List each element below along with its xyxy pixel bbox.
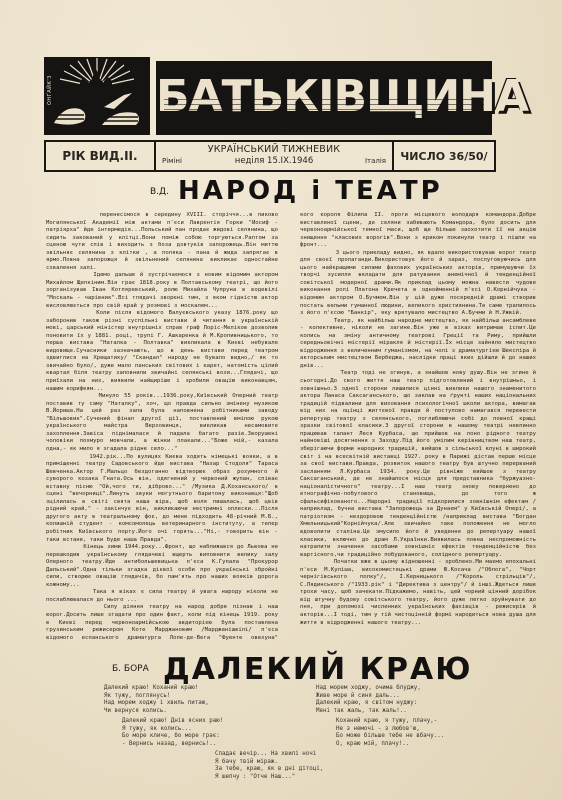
article-headline: НАРОД і ТЕАТР — [178, 176, 443, 206]
newspaper-title-box: БАТЬКІВЩИНА — [156, 61, 492, 135]
poem-line: Чи вернуся колись. — [104, 708, 209, 716]
poem-line: Мені так жаль, так жаль!.. — [316, 708, 421, 716]
article-paragraph: 1942.рік...По вулицях Києва ходять німец… — [46, 454, 278, 545]
poem-line: За тебе, краю, як в дні дітоці, — [215, 766, 323, 774]
masthead: ОНҐАЙК'З БАТЬКІВЩИНА — [44, 57, 492, 137]
poem-line: Далекий краю, я світом нуджу: — [316, 700, 421, 708]
poem-line: Коханий краю, я тужу, плачу,- — [336, 718, 444, 726]
poem-line: Бо море кличе, бо море грає: — [122, 733, 223, 741]
publication-country: Італія — [365, 157, 386, 165]
article-paragraph: Силу діяння театру на народ добре пізнав… — [46, 604, 278, 642]
poem-line: Над морем ходжу і хвиль питаю, — [104, 700, 209, 708]
article-paragraph: перенесімося в середину XVIII. сторіччя.… — [46, 212, 278, 272]
issue-info-bar: РІК ВИД.II. УКРАЇНСЬКИЙ ТИЖНЕВИК Рімінi … — [44, 140, 496, 172]
article-paragraph: Театр, як найбільш народне мистецтво, як… — [300, 318, 536, 371]
poem-stanza: Далекий краю! Коханий краю!Як тужу, погл… — [104, 685, 209, 715]
publication-subtitle: УКРАЇНСЬКИЙ ТИЖНЕВИК — [156, 144, 392, 155]
poem-stanza: Коханий краю, я тужу, плачу,-Не з немочі… — [336, 718, 444, 748]
poem-line: Бо може більше тебе не вбачу... — [336, 733, 444, 741]
article-paragraph: Коли після відомого Валуєвського указу 1… — [46, 310, 278, 393]
publication-year: РІК ВИД.II. — [46, 142, 156, 170]
poem-line: Далекий краю! Коханий краю! — [104, 685, 209, 693]
poem-line: Як тужу, поглянусь! — [104, 693, 209, 701]
article-paragraph: кого короля Філипа II. проти місцевого в… — [300, 212, 536, 250]
masthead-logo: ОНҐАЙК'З — [44, 57, 150, 135]
poem-line: Над морем ходжу, очима блуджу, — [316, 685, 421, 693]
poem-byline: Б. БОРА — [112, 664, 149, 674]
logo-signature: ОНҐАЙК'З — [47, 75, 53, 105]
article-paragraph: З цього прикладу видно, як вдало викорис… — [300, 250, 536, 318]
article-right-column: кого короля Філипа II. проти місцевого в… — [300, 212, 536, 642]
poem-line: О, краю мій, плачу!.. — [336, 741, 444, 749]
poem-headline: ДАЛЕКИЙ КРАЮ — [163, 652, 472, 687]
article-paragraph: Початки вже в цьому відношенні - зроблен… — [300, 559, 536, 627]
poem-stanza: Далекий краю! Днів ясних раю!Я тужу, як … — [122, 718, 223, 748]
newspaper-title: БАТЬКІВЩИНА — [156, 69, 492, 125]
sunrise-church-icon — [44, 57, 150, 135]
poem-line: Спадає вечір... На хвилі ночі — [215, 751, 323, 759]
issue-number: ЧИСЛО 36/50/ — [394, 142, 494, 170]
poem-line: Далекий краю! Днів ясних раю! — [122, 718, 223, 726]
publication-date: неділя 15.IX.1946 — [156, 156, 392, 166]
article-paragraph: Театр тоді не згинув, а знайшов нову душ… — [300, 370, 536, 559]
poem-line: Я шепчу : "Отче Наш..." — [215, 774, 323, 782]
poem-stanza: Над морем ходжу, очима блуджу,Живе море … — [316, 685, 421, 715]
poem-line: - Вернись назад, вернись!.. — [122, 741, 223, 749]
article-paragraph: Минуло 55 років...1936.року,Київський Оп… — [46, 393, 278, 453]
article-left-column: перенесімося в середину XVIII. сторіччя.… — [46, 212, 278, 642]
article-paragraph: Така я віках є сила театру й увага народ… — [46, 589, 278, 604]
article-paragraph: Кінець зими 1944.року...Фронт, що наближ… — [46, 544, 278, 589]
article-byline: В.Д. — [150, 187, 169, 197]
poem-line: Живе море й синя даль... — [316, 693, 421, 701]
issue-details: УКРАЇНСЬКИЙ ТИЖНЕВИК Рімінi неділя 15.IX… — [156, 142, 394, 170]
poem-stanza: Спадає вечір... На хвилі ночіЯ бачу твій… — [215, 751, 323, 781]
article-paragraph: Ідемо дальше й зустрічаємося з новим від… — [46, 272, 278, 310]
